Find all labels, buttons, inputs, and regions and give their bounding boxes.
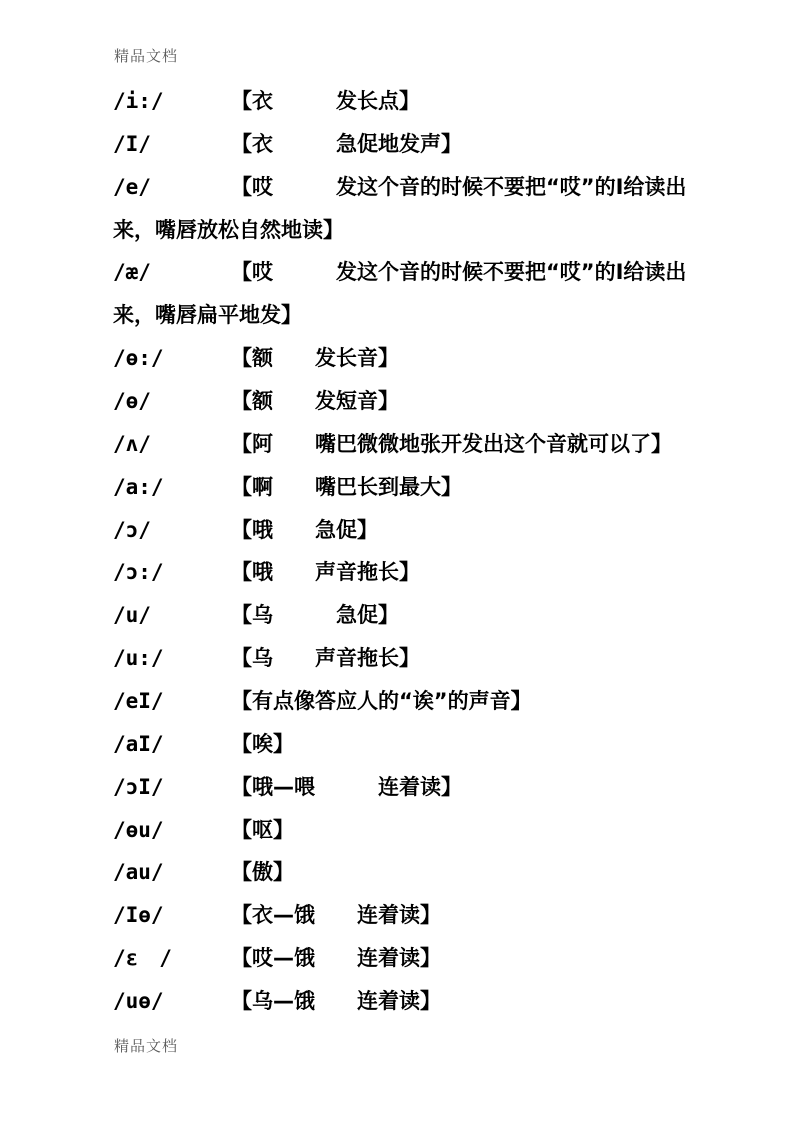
phonetic-description: 【衣 急促地发声】 [231,132,462,156]
phonetic-symbol: /ɔ/ [113,509,231,552]
phonetic-symbol: /æ/ [113,251,231,294]
phonetic-symbol: /ɔI/ [113,766,231,809]
phonetic-symbol: /u:/ [113,637,231,680]
phonetic-row: /u/【乌 急促】 [113,594,709,637]
phonetic-description: 【额 发长音】 [231,346,399,370]
phonetic-symbol: /Iɵ/ [113,894,231,937]
phonetic-symbol: /ɔ:/ [113,551,231,594]
phonetic-row: /u:/【乌 声音拖长】 [113,637,709,680]
phonetic-symbol: /i:/ [113,80,231,123]
phonetic-symbol: /eI/ [113,680,231,723]
phonetic-description: 【衣—饿 连着读】 [231,903,441,927]
phonetic-symbol: /ɵ/ [113,380,231,423]
footer-watermark: 精品文档 [114,1035,178,1056]
phonetic-description: 【哦—喂 连着读】 [231,775,462,799]
phonetic-description: 【有点像答应人的“诶”的声音】 [231,689,532,713]
phonetic-row: /i:/【衣 发长点】 [113,80,709,123]
phonetic-description: 【唉】 [231,732,294,756]
phonetic-symbol: /ɵ:/ [113,337,231,380]
phonetic-row: /e/【哎 发这个音的时候不要把“哎”的I给读出来，嘴唇放松自然地读】 [113,166,709,252]
phonetic-description: 【啊 嘴巴长到最大】 [231,475,462,499]
phonetic-description: 【乌 声音拖长】 [231,646,420,670]
phonetic-description: 【乌—饿 连着读】 [231,989,441,1013]
phonetic-row: /ɵ:/【额 发长音】 [113,337,709,380]
document-page: { "doc": { "header_watermark": "\u7cbe\u… [0,0,804,1137]
phonetic-row: /ɵu/【呕】 [113,809,709,852]
phonetic-symbol: /e/ [113,166,231,209]
phonetic-description: 【额 发短音】 [231,389,399,413]
phonetic-row: /I/【衣 急促地发声】 [113,123,709,166]
phonetic-symbol: /aI/ [113,723,231,766]
phonetic-symbol: /uɵ/ [113,980,231,1023]
phonetic-symbol: /u/ [113,594,231,637]
phonetic-symbol: /I/ [113,123,231,166]
phonetic-row: /au/【傲】 [113,851,709,894]
phonetics-list: /i:/【衣 发长点】 /I/【衣 急促地发声】 /e/【哎 发这个音的时候不要… [113,80,709,1023]
phonetic-row: /ε /【哎—饿 连着读】 [113,937,709,980]
phonetic-row: /ɵ/【额 发短音】 [113,380,709,423]
phonetic-description: 【哎—饿 连着读】 [231,946,441,970]
phonetic-description: 【呕】 [231,818,294,842]
phonetic-symbol: /a:/ [113,466,231,509]
phonetic-symbol: /au/ [113,851,231,894]
phonetic-description: 【阿 嘴巴微微地张开发出这个音就可以了】 [231,432,672,456]
phonetic-row: /ɔ/【哦 急促】 [113,509,709,552]
phonetic-row: /a:/【啊 嘴巴长到最大】 [113,466,709,509]
phonetic-description: 【乌 急促】 [231,603,399,627]
phonetic-description: 【哦 声音拖长】 [231,560,420,584]
phonetic-row: /ɔ:/【哦 声音拖长】 [113,551,709,594]
header-watermark: 精品文档 [114,45,178,66]
phonetic-description: 【哦 急促】 [231,518,378,542]
phonetic-description: 【傲】 [231,860,294,884]
phonetic-row: /uɵ/【乌—饿 连着读】 [113,980,709,1023]
phonetic-row: /æ/【哎 发这个音的时候不要把“哎”的I给读出来，嘴唇扁平地发】 [113,251,709,337]
phonetic-row: /aI/【唉】 [113,723,709,766]
phonetic-description: 【衣 发长点】 [231,89,420,113]
phonetic-row: /eI/【有点像答应人的“诶”的声音】 [113,680,709,723]
phonetic-symbol: /ε / [113,937,231,980]
phonetic-row: /ɔI/【哦—喂 连着读】 [113,766,709,809]
phonetic-row: /Iɵ/【衣—饿 连着读】 [113,894,709,937]
phonetic-symbol: /ʌ/ [113,423,231,466]
phonetic-row: /ʌ/【阿 嘴巴微微地张开发出这个音就可以了】 [113,423,709,466]
phonetic-symbol: /ɵu/ [113,809,231,852]
